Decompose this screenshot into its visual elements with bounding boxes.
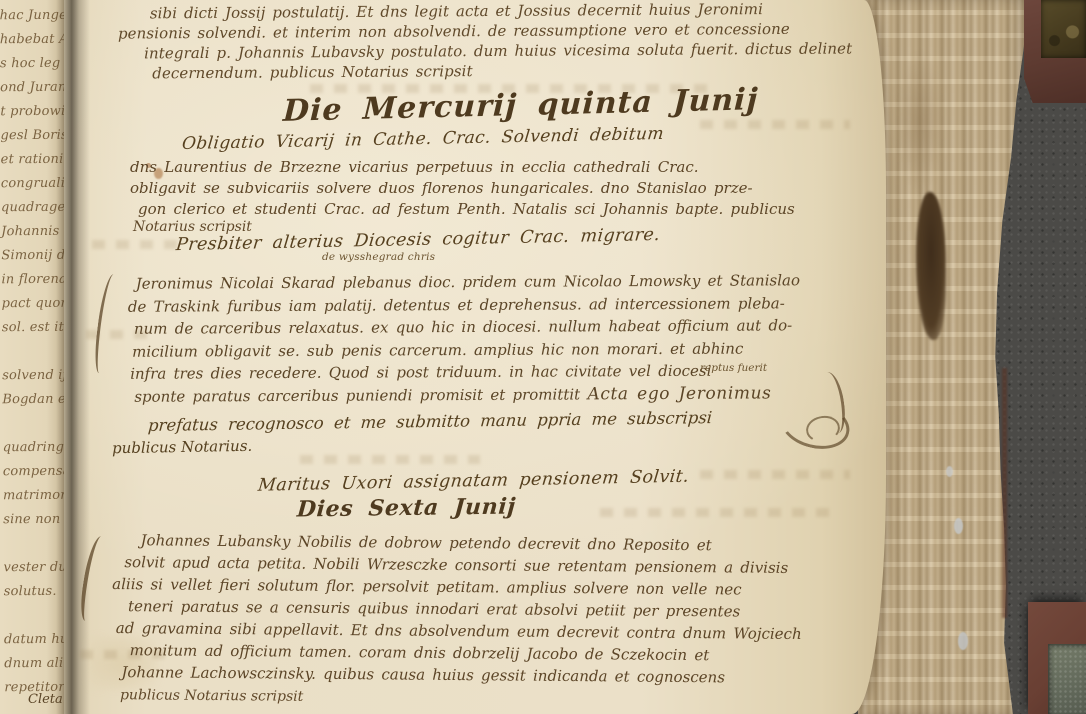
fore-edge-fleck: [954, 518, 963, 534]
entry-friday-closing: publicus Notarius scripsit: [120, 687, 303, 705]
manuscript-line: obligavit se subvicariis solvere duos fl…: [130, 178, 795, 199]
manuscript-line: dns Laurentius de Brzezne vicarius perpe…: [130, 157, 795, 178]
entry-obligatio-body: dns Laurentius de Brzezne vicarius perpe…: [130, 157, 795, 220]
date-heading-friday: Dies Sexta Junij: [296, 493, 517, 522]
manuscript-line: gon clerico et studenti Crac. ad festum …: [130, 199, 795, 220]
entry-presbiter-body: Jeronimus Nicolai Skarad plebanus dioc. …: [128, 269, 801, 408]
bleedthrough-text: [700, 120, 850, 129]
stone-inset: [1048, 644, 1086, 714]
manuscript-line: Jeronimus Nicolai Skarad plebanus dioc. …: [128, 269, 800, 295]
manuscript-line: sponte paratus carceribus puniendi promi…: [128, 382, 800, 408]
manuscript-line-text: sponte paratus carceribus puniendi promi…: [134, 385, 580, 405]
fore-edge-fleck: [958, 632, 968, 650]
manuscript-photo: hac Jungelinhabebat Annals hoc leg grpho…: [0, 0, 1086, 714]
acta-subscription-start: Acta ego Jeronimus: [587, 383, 771, 404]
entry-obligatio-closing: Notarius scripsit: [133, 219, 252, 235]
fore-edge-dark-stain: [916, 192, 946, 340]
superscript-insertion: reptus fuerit: [700, 362, 767, 374]
metal-plate: [1041, 0, 1086, 58]
notary-subscription-title: publicus Notarius.: [112, 437, 253, 457]
interlinear-note: de wysshegrad chris: [322, 251, 435, 263]
rust-streak: [1002, 368, 1007, 618]
entry-friday-body: Johannes Lubansky Nobilis de dobrow pete…: [111, 529, 802, 689]
entry-top-fragment: sibi dicti Jossij postulatij. Et dns leg…: [118, 0, 853, 84]
fore-edge-soft-stain: [898, 52, 942, 194]
bleedthrough-text: [92, 240, 182, 249]
bleedthrough-text: [300, 455, 480, 464]
fore-edge-fleck: [946, 466, 953, 477]
manuscript-line: num de carceribus relaxatus. ex quo hic …: [128, 314, 800, 340]
bleedthrough-text: [600, 508, 830, 517]
